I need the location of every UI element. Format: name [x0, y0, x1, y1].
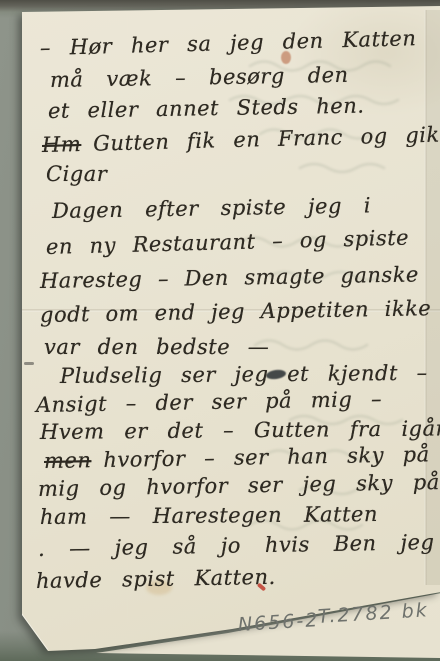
handwriting-line: havde spist Katten. — [36, 565, 276, 593]
letter-sheet-shadow: – Hør her sa jeg den Katten må væk – bes… — [0, 0, 440, 661]
letter-sheet: – Hør her sa jeg den Katten må væk – bes… — [0, 0, 440, 661]
handwriting-line: Cigar — [46, 162, 107, 186]
photograph-of-letter: – Hør her sa jeg den Katten må væk – bes… — [0, 0, 440, 661]
handwriting-line: ham — Harestegen Katten — [40, 502, 378, 529]
handwriting-line: var den bedste — — [44, 335, 269, 359]
ink-specks — [24, 362, 34, 365]
handwriting-line: Pludselig ser jeg et kjendt – — [60, 361, 428, 388]
handwriting-line: Hvem er det – Gutten fra igår — [40, 416, 440, 444]
struck-word: men — [44, 448, 92, 473]
struck-word: Hm — [42, 132, 82, 157]
